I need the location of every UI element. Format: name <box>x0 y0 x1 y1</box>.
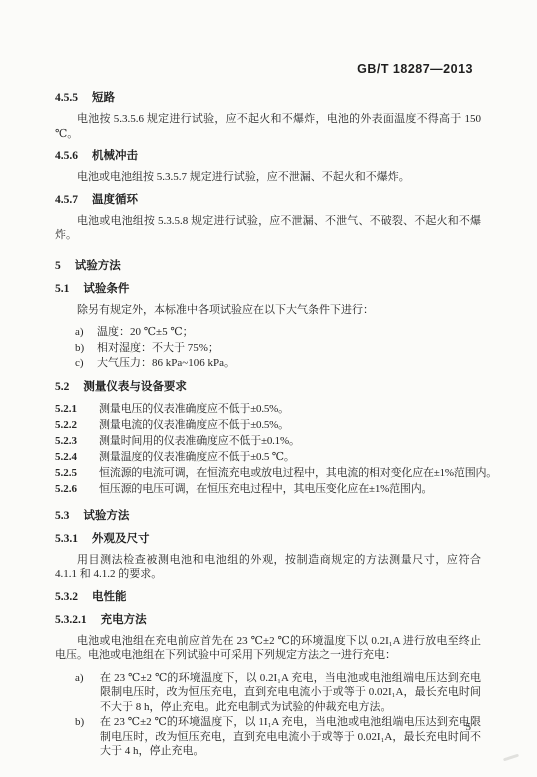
section-number: 5.3.2.1 <box>55 613 87 628</box>
list-item: b) 相对湿度：不大于 75%； <box>75 341 481 357</box>
list-item: c) 大气压力：86 kPa~106 kPa。 <box>75 356 481 372</box>
section-title: 试验方法 <box>75 259 121 274</box>
section-title: 试验方法 <box>83 509 129 524</box>
list-text: 大气压力：86 kPa~106 kPa。 <box>97 356 235 372</box>
clause-list: 5.2.1 测量电压的仪表准确度应不低于±0.5%。 5.2.2 测量电流的仪表… <box>55 401 481 497</box>
page-content: GB/T 18287—2013 4.5.5 短路 电池按 5.3.5.6 规定进… <box>55 62 481 760</box>
section-number: 5.3 <box>55 509 69 524</box>
document-page: GB/T 18287—2013 4.5.5 短路 电池按 5.3.5.6 规定进… <box>0 0 537 777</box>
section-heading-5-3-2: 5.3.2 电性能 <box>55 590 481 605</box>
section-heading-4-5-6: 4.5.6 机械冲击 <box>55 149 481 164</box>
section-heading-4-5-5: 4.5.5 短路 <box>55 91 481 106</box>
page-number: 5 <box>466 721 472 733</box>
section-number: 4.5.6 <box>55 149 78 164</box>
section-title: 测量仪表与设备要求 <box>83 380 187 395</box>
section-number: 5.2 <box>55 380 69 395</box>
list-label: b) <box>75 715 100 759</box>
clause-text: 恒压源的电压可调，在恒压充电过程中，其电压变化应在±1%范围内。 <box>99 481 432 497</box>
section-number: 5.3.1 <box>55 532 78 547</box>
list-text: 在 23 ℃±2 ℃的环境温度下，以 0.2I₁A 充电，当电池或电池组端电压达… <box>100 671 481 715</box>
list-text: 在 23 ℃±2 ℃的环境温度下，以 1I₁A 充电，当电池或电池组端电压达到充… <box>100 715 481 759</box>
section-number: 4.5.7 <box>55 193 78 208</box>
section-title: 机械冲击 <box>92 149 138 164</box>
charge-method-item-b: b) 在 23 ℃±2 ℃的环境温度下，以 1I₁A 充电，当电池或电池组端电压… <box>75 715 481 759</box>
condition-list: a) 温度：20 ℃±5 ℃； b) 相对湿度：不大于 75%； c) 大气压力… <box>75 325 481 372</box>
section-title: 外观及尺寸 <box>92 532 150 547</box>
section-heading-5: 5 试验方法 <box>55 259 481 274</box>
clause-text: 恒流源的电流可调，在恒流充电或放电过程中，其电流的相对变化应在±1%范围内。 <box>99 465 497 481</box>
list-label: a) <box>75 325 97 341</box>
paragraph-5-1-intro: 除另有规定外，本标准中各项试验应在以下大气条件下进行： <box>55 303 481 318</box>
clause-number: 5.2.2 <box>55 417 99 433</box>
standard-number: GB/T 18287—2013 <box>55 62 481 76</box>
list-item: a) 温度：20 ℃±5 ℃； <box>75 325 481 341</box>
section-heading-5-1: 5.1 试验条件 <box>55 282 481 297</box>
clause-5-2-2: 5.2.2 测量电流的仪表准确度应不低于±0.5%。 <box>55 417 481 433</box>
clause-5-2-1: 5.2.1 测量电压的仪表准确度应不低于±0.5%。 <box>55 401 481 417</box>
clause-5-2-5: 5.2.5 恒流源的电流可调，在恒流充电或放电过程中，其电流的相对变化应在±1%… <box>55 465 481 481</box>
charge-method-item-a: a) 在 23 ℃±2 ℃的环境温度下，以 0.2I₁A 充电，当电池或电池组端… <box>75 671 481 715</box>
list-label: a) <box>75 671 100 715</box>
clause-number: 5.2.5 <box>55 465 99 481</box>
clause-5-2-3: 5.2.3 测量时间用的仪表准确度应不低于±0.1%。 <box>55 433 481 449</box>
clause-text: 测量温度的仪表准确度应不低于±0.5 ℃。 <box>99 449 295 465</box>
section-heading-5-3-2-1: 5.3.2.1 充电方法 <box>55 613 481 628</box>
section-title: 试验条件 <box>83 282 129 297</box>
section-number: 5.1 <box>55 282 69 297</box>
section-title: 温度循环 <box>92 193 138 208</box>
clause-text: 测量时间用的仪表准确度应不低于±0.1%。 <box>99 433 300 449</box>
clause-text: 测量电压的仪表准确度应不低于±0.5%。 <box>99 401 289 417</box>
paragraph-5-3-1: 用目测法检查被测电池和电池组的外观，按制造商规定的方法测量尺寸，应符合 4.1.… <box>55 553 481 582</box>
section-number: 4.5.5 <box>55 91 78 106</box>
paragraph-4-5-7: 电池或电池组按 5.3.5.8 规定进行试验，应不泄漏、不泄气、不破裂、不起火和… <box>55 214 481 243</box>
clause-number: 5.2.4 <box>55 449 99 465</box>
list-label: c) <box>75 356 97 372</box>
section-title: 短路 <box>92 91 115 106</box>
paragraph-4-5-5: 电池按 5.3.5.6 规定进行试验，应不起火和不爆炸，电池的外表面温度不得高于… <box>55 112 481 141</box>
clause-5-2-4: 5.2.4 测量温度的仪表准确度应不低于±0.5 ℃。 <box>55 449 481 465</box>
list-label: b) <box>75 341 97 357</box>
section-number: 5 <box>55 259 61 274</box>
section-heading-5-3-1: 5.3.1 外观及尺寸 <box>55 532 481 547</box>
section-heading-4-5-7: 4.5.7 温度循环 <box>55 193 481 208</box>
section-title: 电性能 <box>92 590 127 605</box>
list-text: 相对湿度：不大于 75%； <box>97 341 219 357</box>
scan-smudge <box>503 754 519 762</box>
clause-number: 5.2.1 <box>55 401 99 417</box>
list-text: 温度：20 ℃±5 ℃； <box>97 325 194 341</box>
clause-5-2-6: 5.2.6 恒压源的电压可调，在恒压充电过程中，其电压变化应在±1%范围内。 <box>55 481 481 497</box>
section-title: 充电方法 <box>101 613 147 628</box>
clause-text: 测量电流的仪表准确度应不低于±0.5%。 <box>99 417 289 433</box>
section-heading-5-3: 5.3 试验方法 <box>55 509 481 524</box>
section-heading-5-2: 5.2 测量仪表与设备要求 <box>55 380 481 395</box>
clause-number: 5.2.3 <box>55 433 99 449</box>
paragraph-5-3-2-1-intro: 电池或电池组在充电前应首先在 23 ℃±2 ℃的环境温度下以 0.2I₁A 进行… <box>55 634 481 663</box>
section-number: 5.3.2 <box>55 590 78 605</box>
paragraph-4-5-6: 电池或电池组按 5.3.5.7 规定进行试验，应不泄漏、不起火和不爆炸。 <box>55 170 481 185</box>
clause-number: 5.2.6 <box>55 481 99 497</box>
